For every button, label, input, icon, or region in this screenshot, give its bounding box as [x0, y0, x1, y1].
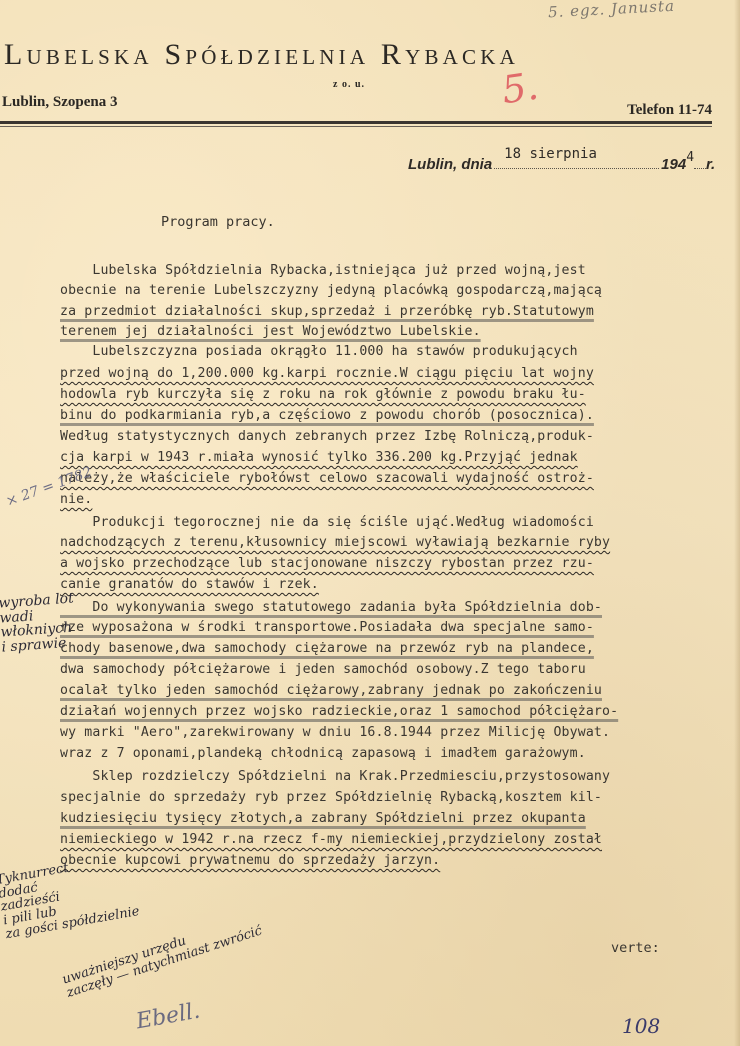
date-prefix: Lublin, dnia [408, 156, 492, 173]
body-line: ocalał tylko jeden samochód ciężarowy,za… [60, 683, 602, 698]
body-line: nie. [60, 492, 92, 507]
letterhead-rule-thick [0, 121, 712, 124]
body-line: obecnie na terenie Lubelszczyzny jedyną … [60, 283, 602, 298]
paper-edge [734, 0, 740, 1046]
body-line: działań wojennych przez wojsko radziecki… [60, 704, 618, 719]
body-line: Do wykonywania swego statutowego zadania… [60, 600, 602, 615]
letterhead-organization: Lubelska Spółdzielnia Rybacka [4, 38, 716, 72]
body-line: hodowla ryb kurczyła się z roku na rok g… [60, 387, 586, 402]
body-line: wy marki "Aero",zarekwirowany w dniu 16.… [60, 725, 610, 740]
body-line: Produkcji tegorocznej nie da się ściśle … [60, 515, 594, 530]
body-line: cja karpi w 1943 r.miała wynosić tylko 3… [60, 450, 578, 465]
body-line: Lubelszczyzna posiada okrągło 11.000 ha … [60, 344, 578, 359]
letterhead-rule-thin [0, 126, 712, 127]
body-line: nadchodzących z terenu,kłusownicy miejsc… [60, 535, 610, 550]
body-line: wraz z 7 oponami,plandeką chłodnicą zapa… [60, 746, 586, 761]
letterhead-phone: Telefon 11-74 [627, 102, 712, 119]
date-year-prefix: 194 [661, 156, 686, 173]
body-line: a wojsko przechodzące lub stacjonowane n… [60, 556, 594, 571]
date-dotted-field: 18 sierpnia [494, 156, 659, 169]
continuation-note: verte: [611, 940, 660, 956]
body-line: przed wojną do 1,200.000 kg.karpi roczni… [60, 366, 594, 381]
body-line: Sklep rozdzielczy Spółdzielni na Krak.Pr… [60, 769, 610, 784]
body-line: chody basenowe,dwa samochody ciężarowe n… [60, 641, 594, 656]
date-year-dots [694, 168, 706, 169]
body-line: specjalnie do sprzedaży ryb przez Spółdz… [60, 790, 602, 805]
body-line: canie granatów do stawów i rzek. [60, 577, 319, 592]
date-suffix: r. [706, 156, 715, 173]
letterhead-address: Lublin, Szopena 3 [2, 94, 117, 111]
date-day-month: 18 sierpnia [504, 146, 597, 162]
body-line: kudziesięciu tysięcy złotych,a zabrany S… [60, 811, 586, 826]
document-heading: Program pracy. [161, 214, 275, 230]
body-line: za przedmiot działalności skup,sprzedaż … [60, 304, 594, 319]
body-line: Lubelska Spółdzielnia Rybacka,istniejąca… [60, 263, 586, 278]
body-line: terenem jej działalności jest Województw… [60, 324, 481, 339]
body-line: dwa samochody półciężarowe i jeden samoc… [60, 662, 586, 677]
margin-note-middle: wyroba lot wadi włokniych i sprawie [0, 591, 77, 655]
date-year-digit: 4 [686, 150, 694, 165]
letterhead-legal-form: z o. u. [333, 79, 365, 90]
body-line: rze wyposażona w środki transportowe.Pos… [60, 620, 594, 635]
red-pencil-mark: 5. [499, 64, 541, 113]
body-line: należy,że właściciele rybołówst celowo s… [60, 471, 594, 486]
body-line: Według statystycznych danych zebranych p… [60, 429, 594, 444]
body-line: binu do podkarmiania ryb,a częściowo z p… [60, 408, 594, 423]
page-number: 108 [622, 1014, 660, 1038]
date-line: Lublin, dnia18 sierpnia1944r. [408, 156, 715, 173]
body-line: niemieckiego w 1942 r.na rzecz f-my niem… [60, 832, 602, 847]
